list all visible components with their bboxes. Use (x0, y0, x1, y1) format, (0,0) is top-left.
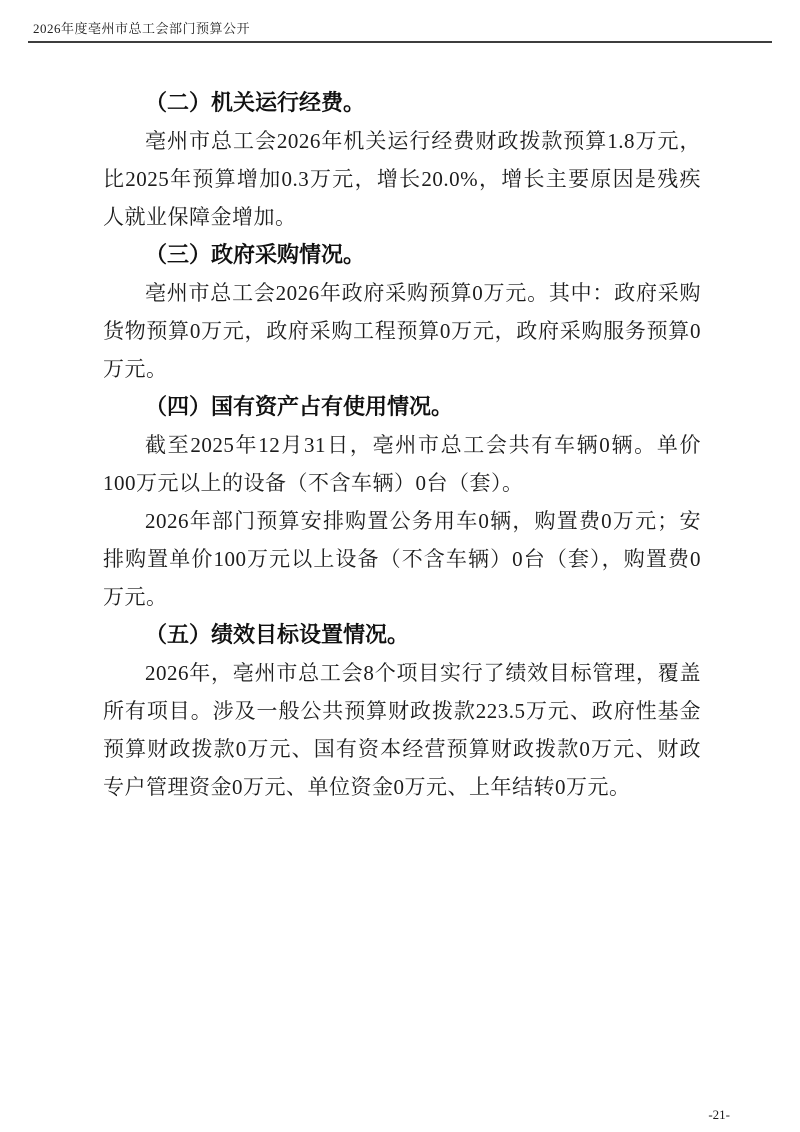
page-header: 2026年度亳州市总工会部门预算公开 (28, 21, 772, 43)
section-heading: （四）国有资产占有使用情况。 (103, 388, 701, 426)
page-footer: -21- (708, 1108, 730, 1122)
paragraph: 亳州市总工会2026年政府采购预算0万元。其中：政府采购货物预算0万元，政府采购… (103, 274, 701, 388)
paragraph: 亳州市总工会2026年机关运行经费财政拨款预算1.8万元，比2025年预算增加0… (103, 122, 701, 236)
header-title: 2026年度亳州市总工会部门预算公开 (33, 21, 250, 36)
paragraph: 截至2025年12月31日，亳州市总工会共有车辆0辆。单价100万元以上的设备（… (103, 426, 701, 502)
section-heading: （二）机关运行经费。 (103, 84, 701, 122)
section-heading: （五）绩效目标设置情况。 (103, 616, 701, 654)
section-operating-expenses: （二）机关运行经费。 亳州市总工会2026年机关运行经费财政拨款预算1.8万元，… (103, 84, 701, 236)
document-body: （二）机关运行经费。 亳州市总工会2026年机关运行经费财政拨款预算1.8万元，… (103, 84, 701, 806)
document-page: 2026年度亳州市总工会部门预算公开 （二）机关运行经费。 亳州市总工会2026… (0, 0, 800, 1132)
page-number: -21- (708, 1107, 730, 1122)
paragraph: 2026年部门预算安排购置公务用车0辆，购置费0万元；安排购置单价100万元以上… (103, 502, 701, 616)
section-performance-targets: （五）绩效目标设置情况。 2026年，亳州市总工会8个项目实行了绩效目标管理，覆… (103, 616, 701, 806)
section-heading: （三）政府采购情况。 (103, 236, 701, 274)
section-state-assets: （四）国有资产占有使用情况。 截至2025年12月31日，亳州市总工会共有车辆0… (103, 388, 701, 616)
paragraph: 2026年，亳州市总工会8个项目实行了绩效目标管理，覆盖所有项目。涉及一般公共预… (103, 654, 701, 806)
section-government-procurement: （三）政府采购情况。 亳州市总工会2026年政府采购预算0万元。其中：政府采购货… (103, 236, 701, 388)
